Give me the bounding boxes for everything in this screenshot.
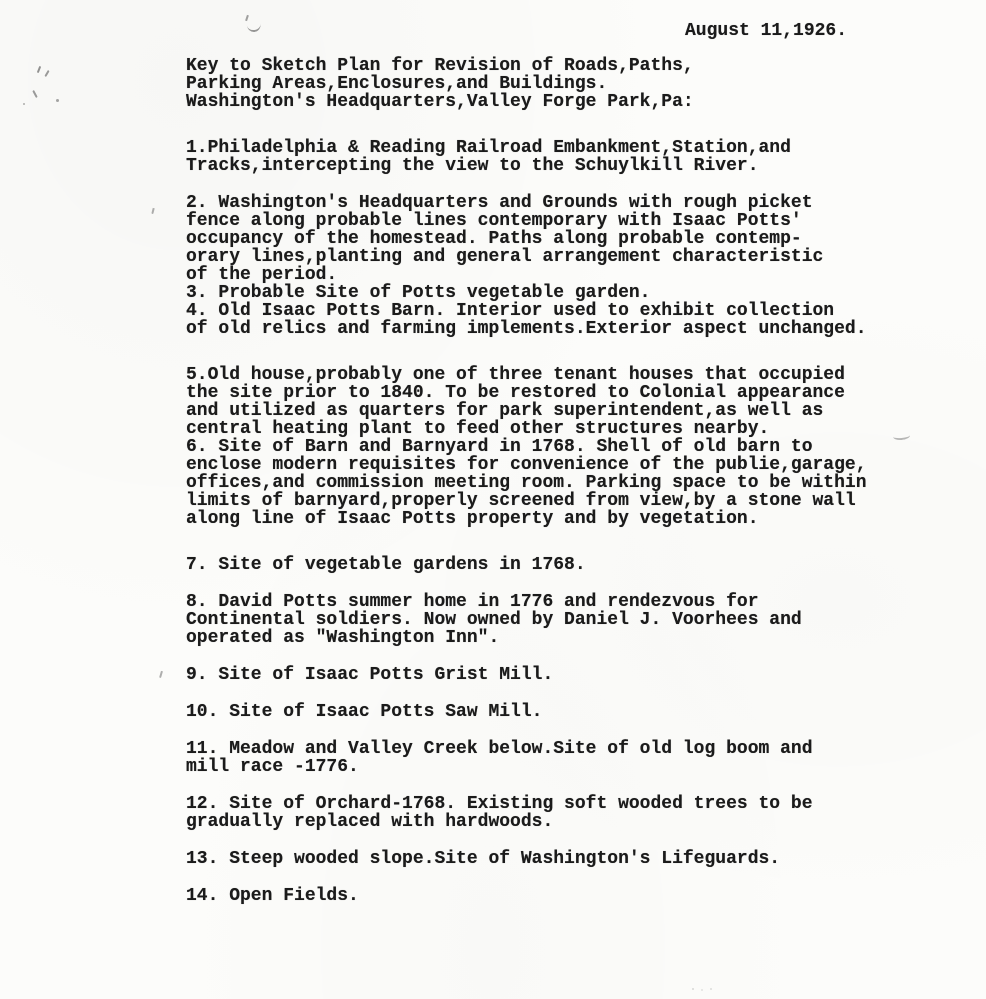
pencil-mark: [44, 70, 49, 77]
pencil-mark: [246, 20, 261, 33]
pencil-mark: [32, 90, 38, 98]
paragraph: 1.Philadelphia & Reading Railroad Embank…: [186, 139, 926, 175]
pencil-mark: [56, 99, 59, 102]
text-line: and utilized as quarters for park superi…: [186, 402, 926, 420]
pencil-mark: [151, 208, 154, 214]
text-line: 9. Site of Isaac Potts Grist Mill.: [186, 666, 926, 684]
paragraph: 14. Open Fields.: [186, 887, 926, 905]
paragraph-list: 1.Philadelphia & Reading Railroad Embank…: [186, 139, 926, 905]
text-line: 4. Old Isaac Potts Barn. Interior used t…: [186, 302, 926, 320]
text-line: 3. Probable Site of Potts vegetable gard…: [186, 284, 926, 302]
paragraph: 10. Site of Isaac Potts Saw Mill.: [186, 703, 926, 721]
text-line: of old relics and farming implements.Ext…: [186, 320, 926, 338]
paragraph: 9. Site of Isaac Potts Grist Mill.: [186, 666, 926, 684]
text-line: 10. Site of Isaac Potts Saw Mill.: [186, 703, 926, 721]
text-line: Parking Areas,Enclosures,and Buildings.: [186, 75, 926, 93]
text-line: enclose modern requisites for convenienc…: [186, 456, 926, 474]
text-line: 13. Steep wooded slope.Site of Washingto…: [186, 850, 926, 868]
text-line: 1.Philadelphia & Reading Railroad Embank…: [186, 139, 926, 157]
text-line: 14. Open Fields.: [186, 887, 926, 905]
text-line: occupancy of the homestead. Paths along …: [186, 230, 926, 248]
text-line: of the period.: [186, 266, 926, 284]
paragraph: 5.Old house,probably one of three tenant…: [186, 366, 926, 528]
pencil-mark: [23, 103, 25, 105]
document-title: Key to Sketch Plan for Revision of Roads…: [186, 57, 926, 111]
document-page: August 11,1926. Key to Sketch Plan for R…: [0, 0, 986, 999]
text-line: 12. Site of Orchard-1768. Existing soft …: [186, 795, 926, 813]
text-line: 8. David Potts summer home in 1776 and r…: [186, 593, 926, 611]
paragraph: 12. Site of Orchard-1768. Existing soft …: [186, 795, 926, 831]
text-line: gradually replaced with hardwoods.: [186, 813, 926, 831]
text-line: limits of barnyard,properly screened fro…: [186, 492, 926, 510]
text-line: offices,and commission meeting room. Par…: [186, 474, 926, 492]
pencil-mark: [245, 15, 249, 21]
text-line: 7. Site of vegetable gardens in 1768.: [186, 556, 926, 574]
paragraph: 13. Steep wooded slope.Site of Washingto…: [186, 850, 926, 868]
text-line: 2. Washington's Headquarters and Grounds…: [186, 194, 926, 212]
paragraph: 8. David Potts summer home in 1776 and r…: [186, 593, 926, 647]
text-line: 5.Old house,probably one of three tenant…: [186, 366, 926, 384]
scan-speck: [692, 988, 694, 990]
text-line: operated as "Washington Inn".: [186, 629, 926, 647]
text-line: Washington's Headquarters,Valley Forge P…: [186, 93, 926, 111]
document-content: Key to Sketch Plan for Revision of Roads…: [186, 57, 926, 924]
text-line: Key to Sketch Plan for Revision of Roads…: [186, 57, 926, 75]
text-line: mill race -1776.: [186, 758, 926, 776]
document-date: August 11,1926.: [685, 22, 847, 40]
text-line: the site prior to 1840. To be restored t…: [186, 384, 926, 402]
text-line: along line of Isaac Potts property and b…: [186, 510, 926, 528]
text-line: 11. Meadow and Valley Creek below.Site o…: [186, 740, 926, 758]
text-line: Continental soldiers. Now owned by Danie…: [186, 611, 926, 629]
paragraph: 7. Site of vegetable gardens in 1768.: [186, 556, 926, 574]
text-line: Tracks,intercepting the view to the Schu…: [186, 157, 926, 175]
text-line: central heating plant to feed other stru…: [186, 420, 926, 438]
text-line: orary lines,planting and general arrange…: [186, 248, 926, 266]
pencil-mark: [159, 671, 163, 678]
text-line: fence along probable lines contemporary …: [186, 212, 926, 230]
paragraph: 11. Meadow and Valley Creek below.Site o…: [186, 740, 926, 776]
text-line: 6. Site of Barn and Barnyard in 1768. Sh…: [186, 438, 926, 456]
paragraph: 2. Washington's Headquarters and Grounds…: [186, 194, 926, 338]
pencil-mark: [37, 66, 41, 73]
